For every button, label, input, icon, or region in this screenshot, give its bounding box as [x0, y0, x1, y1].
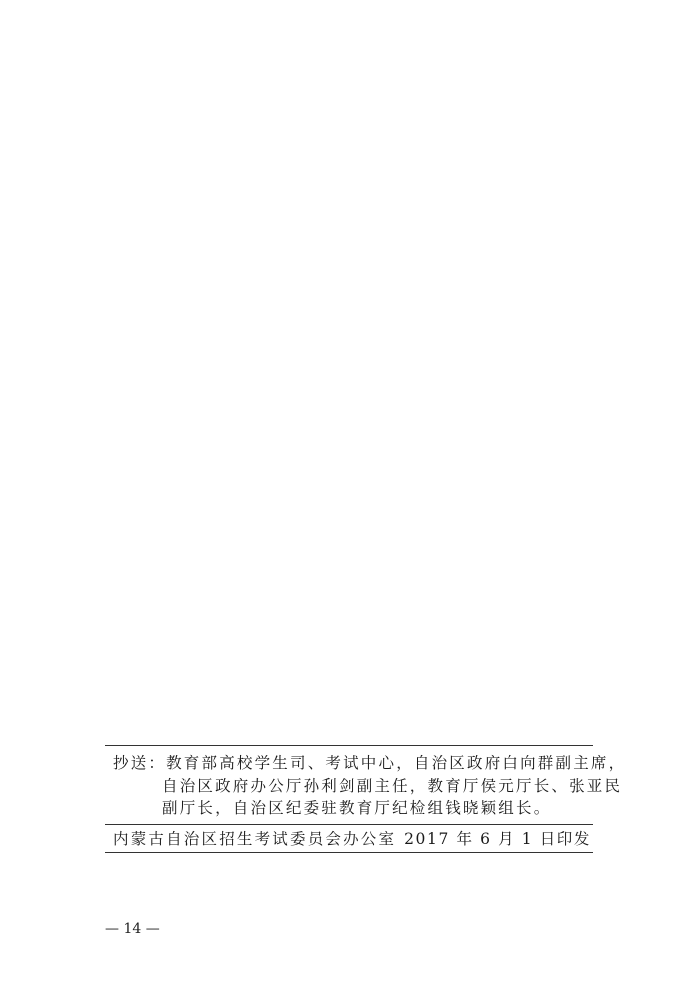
bottom-divider — [105, 852, 593, 853]
issuing-office: 内蒙古自治区招生考试委员会办公室 — [113, 829, 396, 849]
cc-line-1: 抄送：教育部高校学生司、考试中心，自治区政府白向群副主席， — [113, 752, 593, 775]
cc-line-3: 副厅长，自治区纪委驻教育厅纪检组钱晓颖组长。 — [113, 797, 593, 820]
cc-line-2: 自治区政府办公厅孙利剑副主任，教育厅侯元厅长、张亚民 — [113, 775, 593, 798]
middle-divider — [105, 824, 593, 825]
page-number: — 14 — — [105, 920, 160, 938]
cc-recipients-1: 教育部高校学生司、考试中心，自治区政府白向群副主席， — [166, 754, 626, 772]
cc-distribution-block: 抄送：教育部高校学生司、考试中心，自治区政府白向群副主席， 自治区政府办公厅孙利… — [113, 752, 593, 820]
top-divider — [105, 745, 593, 746]
issuance-line: 内蒙古自治区招生考试委员会办公室 2017 年 6 月 1 日印发 — [113, 829, 591, 849]
issue-date: 2017 年 6 月 1 日印发 — [404, 829, 591, 849]
cc-label: 抄送： — [113, 754, 166, 772]
